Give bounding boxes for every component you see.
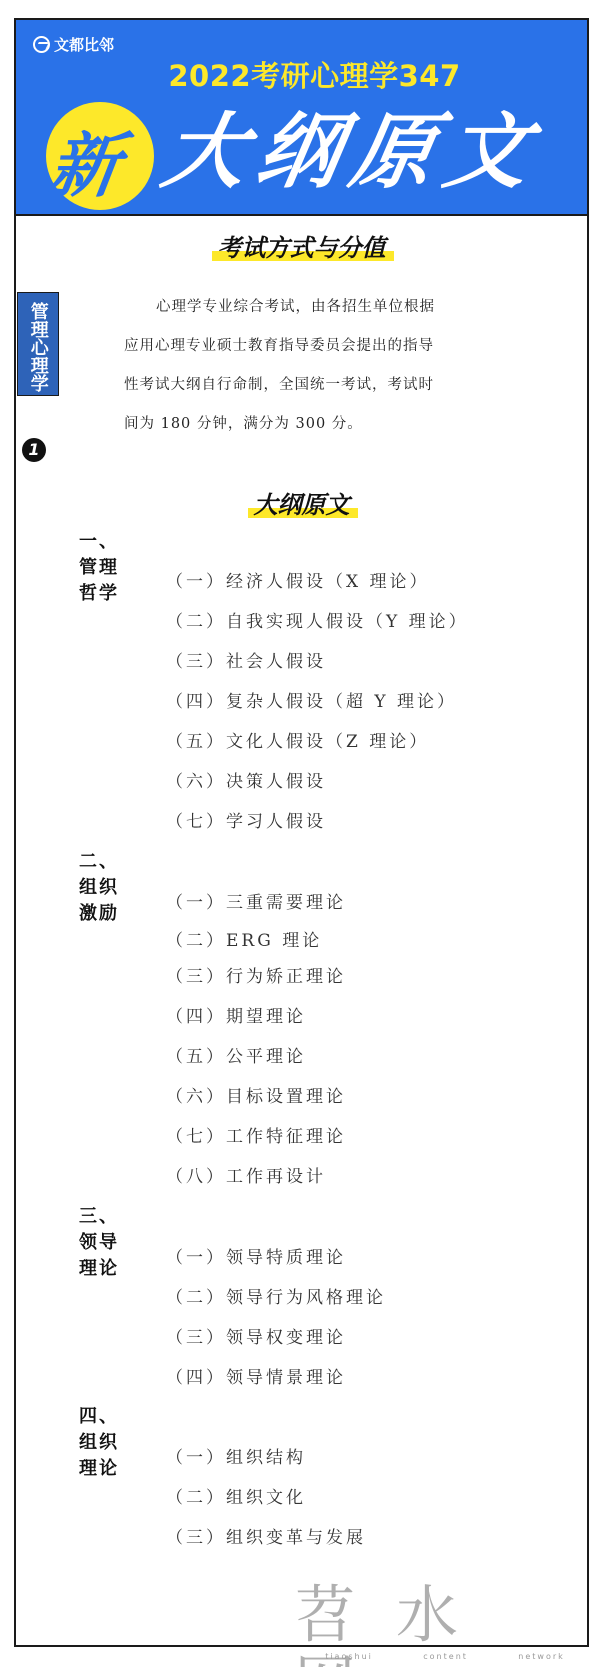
outline-item: （一）经济人假设（X 理论） <box>166 567 430 592</box>
section-number-marker: 1 <box>22 438 46 462</box>
watermark: 苕水网 <box>286 1580 586 1650</box>
exam-description-line: 心理学专业综合考试，由各招生单位根据 <box>124 288 454 327</box>
syllabus-title-text: 大纲原文 <box>250 485 354 520</box>
syllabus-title: 大纲原文 <box>16 485 587 520</box>
chapter-heading: 三、领导理论 <box>79 1202 119 1280</box>
exam-description-line: 间为 180 分钟，满分为 300 分。 <box>124 405 454 444</box>
outline-item: （一）组织结构 <box>166 1443 306 1468</box>
brand-name: 文都比邻 <box>54 34 114 55</box>
banner-subtitle: 2022考研心理学347 <box>16 54 587 95</box>
brand-logo: 文都比邻 <box>33 34 114 55</box>
watermark-subtext: tiaoshui content network <box>300 1652 590 1661</box>
exam-description-line: 应用心理专业硕士教育指导委员会提出的指导 <box>124 327 454 366</box>
outline-item: （六）目标设置理论 <box>166 1082 346 1107</box>
outline-item: （二）ERG 理论 <box>166 926 322 951</box>
new-badge-label: 新 <box>43 110 165 211</box>
outline-item: （三）组织变革与发展 <box>166 1523 366 1548</box>
chapter-heading: 四、组织理论 <box>79 1402 119 1480</box>
outline-item: （一）三重需要理论 <box>166 888 346 913</box>
document-frame: 文都比邻 2022考研心理学347 新 大纲原文 考试方式与分值 管理心理学 1… <box>14 18 589 1647</box>
outline-item: （三）行为矫正理论 <box>166 962 346 987</box>
outline-item: （三）领导权变理论 <box>166 1323 346 1348</box>
new-badge: 新 <box>46 102 154 210</box>
outline-item: （三）社会人假设 <box>166 647 326 672</box>
exam-description: 心理学专业综合考试，由各招生单位根据 应用心理专业硕士教育指导委员会提出的指导 … <box>124 288 454 444</box>
outline-item: （七）工作特征理论 <box>166 1122 346 1147</box>
chapter-heading: 二、组织激励 <box>79 847 119 925</box>
exam-method-title: 考试方式与分值 <box>16 228 587 263</box>
outline-item: （五）文化人假设（Z 理论） <box>166 727 429 752</box>
wendu-logo-icon <box>33 36 50 53</box>
outline-item: （四）领导情景理论 <box>166 1363 346 1388</box>
outline-item: （四）复杂人假设（超 Y 理论） <box>166 687 457 712</box>
outline-item: （一）领导特质理论 <box>166 1243 346 1268</box>
outline-item: （六）决策人假设 <box>166 767 326 792</box>
exam-method-title-text: 考试方式与分值 <box>214 228 390 263</box>
outline-item: （二）领导行为风格理论 <box>166 1283 386 1308</box>
outline-item: （七）学习人假设 <box>166 807 326 832</box>
outline-item: （八）工作再设计 <box>166 1162 326 1187</box>
outline-item: （四）期望理论 <box>166 1002 306 1027</box>
chapter-heading: 一、管理哲学 <box>79 527 119 605</box>
outline-item: （五）公平理论 <box>166 1042 306 1067</box>
subject-side-tab: 管理心理学 <box>17 292 59 396</box>
banner-title: 大纲原文 <box>157 112 547 194</box>
header-banner: 文都比邻 2022考研心理学347 新 大纲原文 <box>16 20 587 216</box>
outline-item: （二）组织文化 <box>166 1483 306 1508</box>
exam-description-line: 性考试大纲自行命制，全国统一考试，考试时 <box>124 366 454 405</box>
outline-item: （二）自我实现人假设（Y 理论） <box>166 607 469 632</box>
